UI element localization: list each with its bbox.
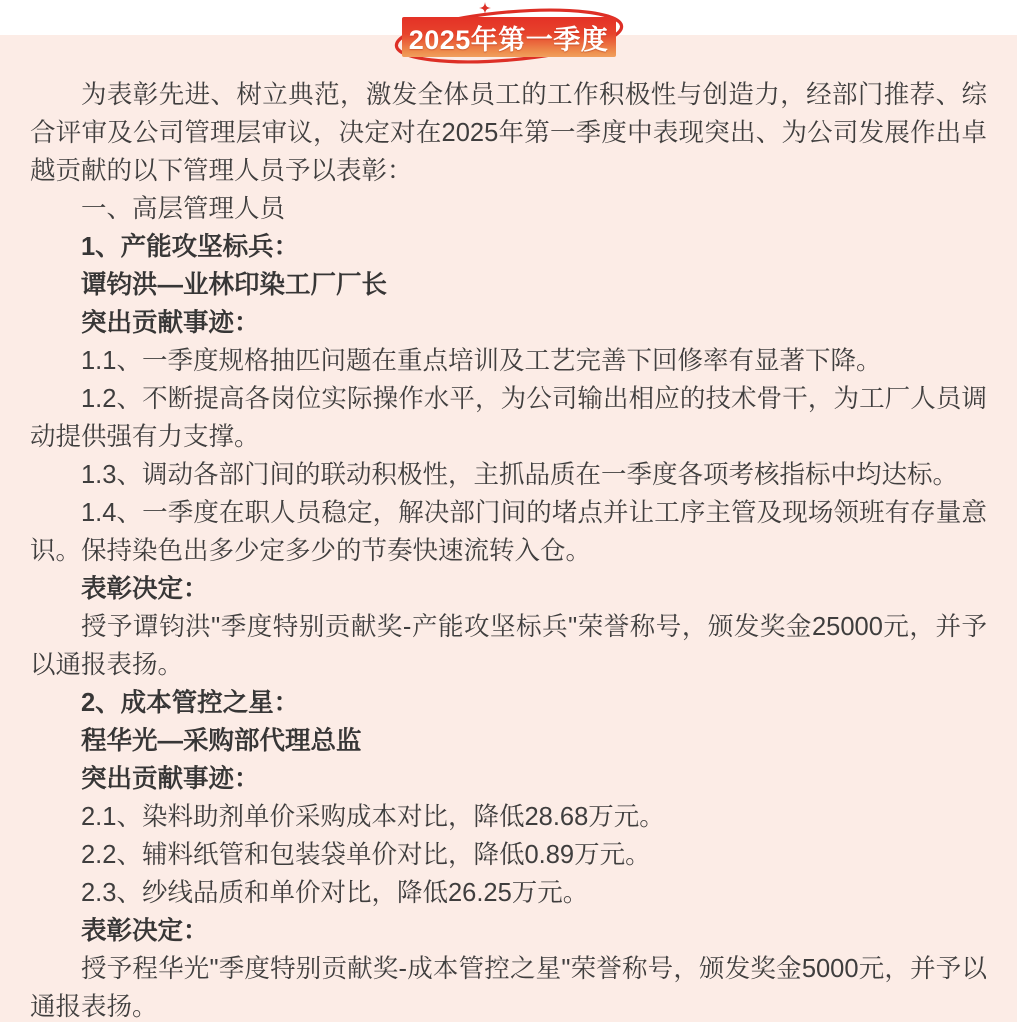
award-1-recipient: 谭钧洪—业林印染工厂厂长 xyxy=(30,266,987,304)
award-2-achievement-1: 2.1、染料助剂单价采购成本对比，降低28.68万元。 xyxy=(30,798,987,836)
award-2-achievement-2: 2.2、辅料纸管和包装袋单价对比，降低0.89万元。 xyxy=(30,836,987,874)
award-1-title: 1、产能攻坚标兵： xyxy=(30,228,987,266)
paragraph-intro: 为表彰先进、树立典范，激发全体员工的工作积极性与创造力，经部门推荐、综合评审及公… xyxy=(30,76,987,190)
quarter-badge-plate: 2025年第一季度 xyxy=(402,17,616,57)
award-1-achievement-2: 1.2、不断提高各岗位实际操作水平，为公司输出相应的技术骨干，为工厂人员调动提供… xyxy=(30,380,987,456)
award-2-title: 2、成本管控之星： xyxy=(30,684,987,722)
sparkle-icon xyxy=(477,1,493,17)
award-2-recipient: 程华光—采购部代理总监 xyxy=(30,722,987,760)
award-1-achievement-4: 1.4、一季度在职人员稳定，解决部门间的堵点并让工序主管及现场领班有存量意识。保… xyxy=(30,494,987,570)
award-1-achievement-3: 1.3、调动各部门间的联动积极性，主抓品质在一季度各项考核指标中均达标。 xyxy=(30,456,987,494)
award-1-decision-heading: 表彰决定： xyxy=(30,570,987,608)
award-2-achievements-heading: 突出贡献事迹： xyxy=(30,760,987,798)
quarter-badge-label: 2025年第一季度 xyxy=(409,18,609,57)
award-2-decision-heading: 表彰决定： xyxy=(30,912,987,950)
section-heading-senior-management: 一、高层管理人员 xyxy=(30,190,987,228)
award-2-achievement-3: 2.3、纱线品质和单价对比，降低26.25万元。 xyxy=(30,874,987,912)
document-page: 2025年第一季度 为表彰先进、树立典范，激发全体员工的工作积极性与创造力，经部… xyxy=(0,0,1017,1027)
quarter-badge: 2025年第一季度 xyxy=(391,0,627,64)
document-body: 为表彰先进、树立典范，激发全体员工的工作积极性与创造力，经部门推荐、综合评审及公… xyxy=(0,35,1017,1026)
award-2-decision-text: 授予程华光"季度特别贡献奖-成本管控之星"荣誉称号，颁发奖金5000元，并予以通… xyxy=(30,950,987,1026)
award-1-decision-text: 授予谭钧洪"季度特别贡献奖-产能攻坚标兵"荣誉称号，颁发奖金25000元，并予以… xyxy=(30,608,987,684)
award-1-achievements-heading: 突出贡献事迹： xyxy=(30,304,987,342)
award-1-achievement-1: 1.1、一季度规格抽匹问题在重点培训及工艺完善下回修率有显著下降。 xyxy=(30,342,987,380)
